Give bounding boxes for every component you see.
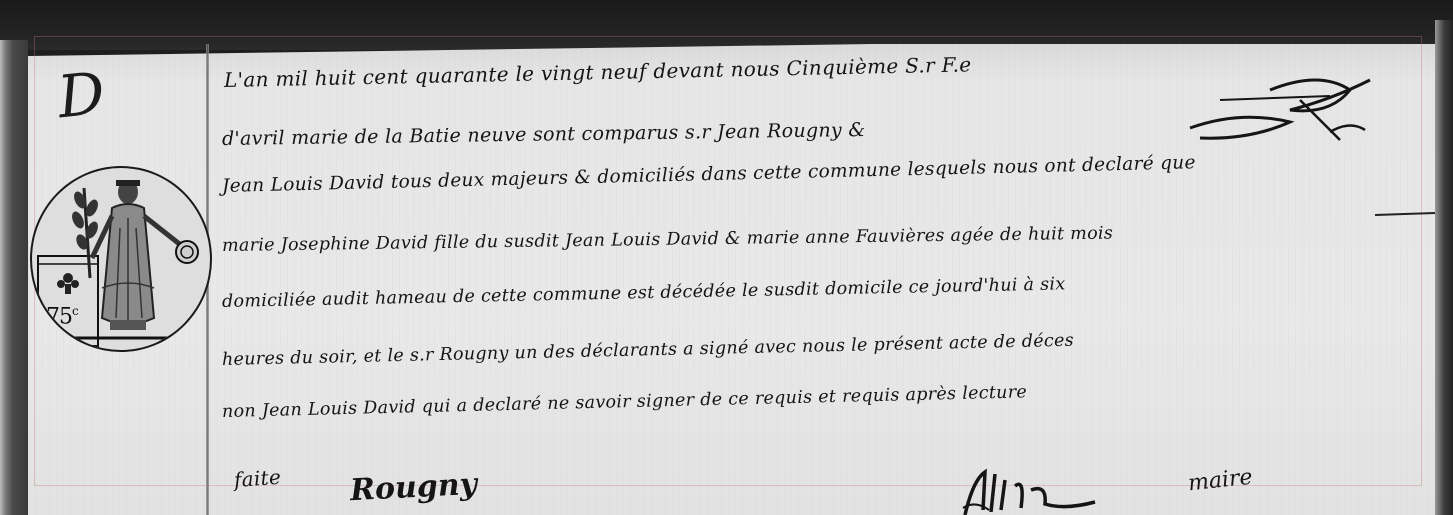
stamp-value: 75c	[46, 304, 78, 329]
page-binding-edge-left	[0, 40, 28, 515]
page-edge-right	[1435, 20, 1453, 515]
paraph-flourish-icon	[1180, 60, 1380, 150]
scanner-background-top	[0, 0, 1453, 50]
tax-stamp: 75c	[30, 166, 212, 352]
closing-word: faite	[233, 465, 282, 492]
signature-rougny: Rougny	[349, 467, 478, 509]
signature-officer-icon	[955, 460, 1115, 515]
fleur-de-lis-icon	[57, 273, 79, 294]
margin-letter: D	[55, 64, 107, 127]
